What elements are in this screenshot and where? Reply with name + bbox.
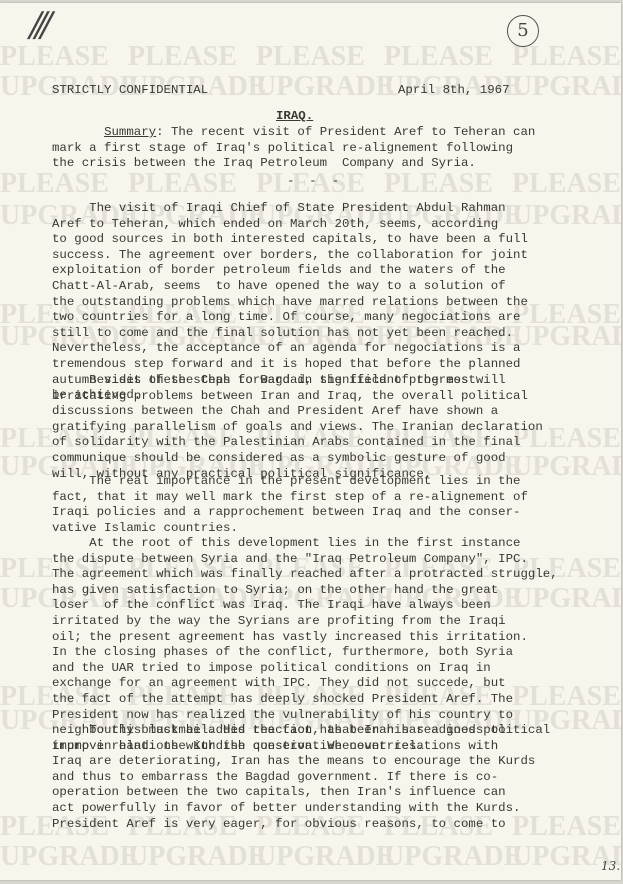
section-separator: - - - (287, 174, 339, 190)
summary-label: Summary (104, 125, 156, 139)
document-date: April 8th, 1967 (398, 83, 510, 99)
handwritten-mark: /// (26, 5, 51, 45)
paragraph-4: At the root of this development lies in … (52, 536, 558, 754)
circled-page-number: 5 (507, 15, 539, 47)
page-mark: 13. (601, 859, 620, 873)
summary-block: Summary: The recent visit of President A… (52, 125, 535, 172)
paragraph-5: To this must be added the fact, that Ira… (52, 723, 550, 832)
paragraph-2: Besides these steps forward in the field… (52, 373, 543, 482)
watermark-row: UPGRADEUPGRADEUPGRADEUPGRADEUPGRADE (0, 841, 621, 873)
document-page: PLEASEPLEASEPLEASEPLEASEPLEASE UPGRADEUP… (0, 3, 621, 880)
paragraph-3: The real importance in the present devel… (52, 474, 528, 536)
document-title: IRAQ. (276, 109, 313, 125)
classification-label: STRICTLY CONFIDENTIAL (52, 83, 208, 99)
